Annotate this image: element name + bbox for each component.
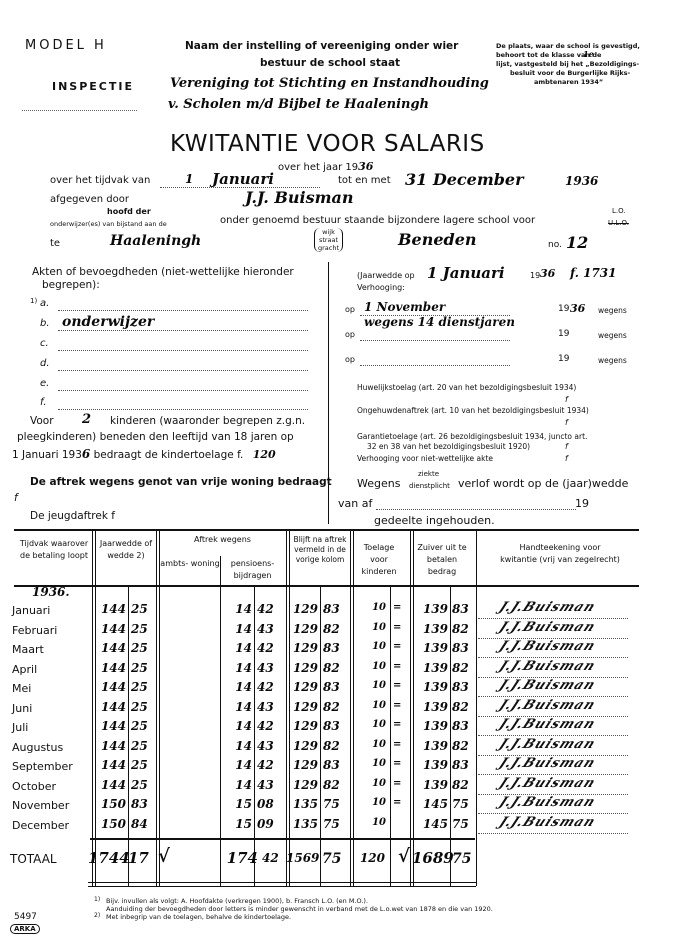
classification-note: De plaats, waar de school is gevestigd, … <box>496 42 664 87</box>
footnote-1-line-2: Aanduiding der bevoegdheden door letters… <box>106 905 493 913</box>
gedeelte-label: gedeelte ingehouden. <box>374 514 495 527</box>
header-tijdvak: Tijdvak waarover de betaling loopt <box>16 538 92 562</box>
row-pensioen: 14 <box>224 739 252 753</box>
row-month: December <box>12 819 69 832</box>
row-wedde: 144 <box>96 700 126 714</box>
row-month: Mei <box>12 682 31 695</box>
signature-line <box>478 801 628 814</box>
document-title: KWITANTIE VOOR SALARIS <box>170 131 485 157</box>
akten-heading-1: Akten of bevoegdheden (niet-wettelijke h… <box>32 266 294 278</box>
row-pensioen: 15 <box>224 797 252 811</box>
row-zuiver: 139 <box>414 778 448 792</box>
row-pensioen-cents: 43 <box>257 700 279 714</box>
column-divider <box>220 556 221 886</box>
raise-date: 1 November <box>364 300 445 314</box>
raise-year-label: 19 <box>558 354 569 364</box>
akte-field <box>58 378 308 391</box>
issuer-name: J.J. Buisman <box>245 188 354 207</box>
totaal-wedde-cents: 17 <box>128 849 150 867</box>
totaal-underline <box>88 882 476 883</box>
row-month: Februari <box>12 624 57 637</box>
row-toelage-cents: = <box>393 719 407 730</box>
row-zuiver: 139 <box>414 622 448 636</box>
raise-wegens-label: wegens <box>598 331 627 340</box>
raise-op-label: op <box>345 355 355 364</box>
row-pensioen: 14 <box>224 778 252 792</box>
row-month: Maart <box>12 643 44 656</box>
row-toelage: 10 <box>356 602 386 613</box>
akten-footnote-mark: 1) <box>30 297 37 305</box>
header-handteekening: Handteekening voor kwitantie (vrij van z… <box>500 542 620 566</box>
row-wedde: 144 <box>96 739 126 753</box>
row-pensioen-cents: 42 <box>257 719 279 733</box>
row-toelage: 10 <box>356 700 386 711</box>
children-line-3-suffix: bedraagt de kindertoelage f. <box>94 449 244 461</box>
totaal-toelage: 120 <box>355 851 385 865</box>
garantietoelage-label-1: Garantietoelage (art. 26 bezoldigingsbes… <box>357 432 587 441</box>
kindertoelage-amount: 120 <box>253 448 276 461</box>
signature-line <box>478 762 628 775</box>
school-type-ulo: U.L.O. <box>608 219 629 227</box>
onderwijzer-label: onderwijzer(es) van bijstand aan de <box>50 220 167 228</box>
jaarwedde-date: 1 Januari <box>427 264 505 282</box>
row-pensioen-cents: 42 <box>257 641 279 655</box>
header-ambtswoning: ambts- woning <box>160 558 220 570</box>
totaal-blijft-cents: 75 <box>322 851 344 867</box>
row-pensioen: 14 <box>224 641 252 655</box>
signature-line <box>478 704 628 717</box>
row-toelage: 10 <box>356 758 386 769</box>
row-zuiver-cents: 82 <box>452 622 474 636</box>
row-toelage: 10 <box>356 622 386 633</box>
school-label: onder genoemd bestuur staande bijzondere… <box>220 215 535 226</box>
akte-letter: c. <box>40 338 49 349</box>
row-wedde-cents: 25 <box>131 602 153 616</box>
model-label: MODEL H <box>25 38 107 53</box>
row-blijft-cents: 82 <box>323 661 345 675</box>
raise-wegens-label: wegens <box>598 306 627 315</box>
children-line-2: pleegkinderen) beneden den leeftijd van … <box>17 431 294 443</box>
row-month: Juni <box>12 702 32 715</box>
year-label: over het jaar 1936 <box>278 160 373 173</box>
row-wedde-cents: 25 <box>131 758 153 772</box>
row-zuiver: 139 <box>414 758 448 772</box>
printer-code: 5497 <box>14 912 37 922</box>
column-divider <box>156 531 160 886</box>
column-divider-cents <box>390 587 391 886</box>
row-zuiver-cents: 82 <box>452 778 474 792</box>
school-type-lo: L.O. <box>612 207 626 215</box>
house-no-label: no. <box>548 240 562 250</box>
footnote-1-line-1: Bijv. invullen als volgt: A. Hoofdakte (… <box>106 897 368 905</box>
row-zuiver-cents: 83 <box>452 758 474 772</box>
totaal-wedde: 1744 <box>88 849 126 867</box>
totaal-underline-2 <box>88 886 476 887</box>
row-blijft: 129 <box>288 641 318 655</box>
verlof-text: verlof wordt op de (jaar)wedde <box>458 477 628 490</box>
row-blijft: 129 <box>288 739 318 753</box>
period-to-year: 1936 <box>565 174 598 188</box>
totaal-check-1: √ <box>158 846 178 867</box>
header-pensioen: pensioens- bijdragen <box>220 558 285 582</box>
row-blijft-cents: 83 <box>323 641 345 655</box>
akte-letter: a. <box>40 298 49 309</box>
period-from-month: Januari <box>212 170 274 188</box>
jaarwedde-year-label: 19 <box>530 271 540 280</box>
row-pensioen: 14 <box>224 758 252 772</box>
row-zuiver: 145 <box>414 817 448 831</box>
row-toelage-cents: = <box>393 641 407 652</box>
row-blijft: 135 <box>288 797 318 811</box>
van-af-field <box>376 497 576 510</box>
header-blijft: Blijft na aftrek vermeld in de vorige ko… <box>290 535 350 565</box>
row-zuiver-cents: 75 <box>452 817 474 831</box>
row-pensioen-cents: 43 <box>257 661 279 675</box>
row-toelage-cents: = <box>393 680 407 691</box>
institution-label-2: bestuur de school staat <box>260 57 400 69</box>
row-pensioen-cents: 42 <box>257 602 279 616</box>
note-line: De plaats, waar de school is gevestigd, <box>496 42 664 51</box>
totaal-zuiver-cents: 75 <box>452 851 474 867</box>
street-type-gracht: gracht <box>318 244 339 252</box>
raise-year-label: 19 <box>558 304 569 314</box>
f-marker: f <box>565 418 568 427</box>
row-zuiver-cents: 83 <box>452 602 474 616</box>
row-wedde-cents: 84 <box>131 817 153 831</box>
row-wedde: 144 <box>96 719 126 733</box>
row-wedde-cents: 83 <box>131 797 153 811</box>
row-wedde-cents: 25 <box>131 739 153 753</box>
row-toelage-cents: = <box>393 797 407 808</box>
institution-name-line-1: Vereniging tot Stichting en Instandhoudi… <box>170 76 489 91</box>
table-year: 1936. <box>32 585 70 599</box>
row-blijft-cents: 82 <box>323 739 345 753</box>
column-divider <box>350 531 354 886</box>
van-af-label: van af <box>338 497 372 510</box>
row-wedde-cents: 25 <box>131 661 153 675</box>
akten-heading-2: begrepen): <box>42 279 100 291</box>
jeugdaftrek-label: De jeugdaftrek f <box>30 510 115 522</box>
row-zuiver: 139 <box>414 661 448 675</box>
row-toelage: 10 <box>356 739 386 750</box>
row-wedde: 144 <box>96 622 126 636</box>
signature-line <box>478 645 628 658</box>
row-wedde-cents: 25 <box>131 680 153 694</box>
street-value: Beneden <box>398 230 477 249</box>
row-wedde: 144 <box>96 641 126 655</box>
row-month: October <box>12 780 56 793</box>
row-month: Augustus <box>12 741 63 754</box>
row-pensioen-cents: 43 <box>257 622 279 636</box>
row-toelage-cents: = <box>393 739 407 750</box>
row-pensioen: 14 <box>224 622 252 636</box>
row-blijft: 129 <box>288 661 318 675</box>
row-wedde-cents: 25 <box>131 778 153 792</box>
row-zuiver-cents: 83 <box>452 641 474 655</box>
header-zuiver: Zuiver uit te betalen bedrag <box>412 542 472 578</box>
street-type-wijk: wijk <box>318 228 339 236</box>
akte-field <box>58 298 308 311</box>
woning-line-1: De aftrek wegens genot van vrije woning … <box>30 476 332 488</box>
te-label: te <box>50 238 60 249</box>
signature-line <box>478 665 628 678</box>
printer-mark: ARKA <box>10 924 40 934</box>
table-header-border <box>14 585 639 587</box>
note-line: besluit voor de Burgerlijke Rijks- <box>496 69 664 78</box>
verhooging-label: Verhooging: <box>357 283 405 292</box>
table-top-border <box>14 529 639 531</box>
footnote-1-mark: 1) <box>94 896 100 903</box>
row-month: April <box>12 663 37 676</box>
row-wedde: 144 <box>96 758 126 772</box>
footnote-2-mark: 2) <box>94 912 100 919</box>
row-blijft-cents: 82 <box>323 700 345 714</box>
row-toelage-cents: = <box>393 661 407 672</box>
row-zuiver-cents: 82 <box>452 700 474 714</box>
akte-field <box>58 397 308 410</box>
signature-line <box>478 821 628 834</box>
row-pensioen-cents: 43 <box>257 778 279 792</box>
row-blijft-cents: 83 <box>323 758 345 772</box>
row-wedde: 144 <box>96 602 126 616</box>
row-zuiver-cents: 82 <box>452 661 474 675</box>
f-marker: f <box>565 454 568 463</box>
children-count: 2 <box>82 412 91 427</box>
institution-name-line-2: v. Scholen m/d Bijbel te Haaleningh <box>168 97 429 112</box>
row-blijft: 129 <box>288 758 318 772</box>
raise-date-field <box>360 330 510 341</box>
huwelijkstoelage-label: Huwelijkstoelag (art. 20 van het bezoldi… <box>357 383 576 392</box>
institution-label-1: Naam der instelling of vereeniging onder… <box>185 40 458 52</box>
verlof-wegens: Wegens <box>357 477 400 490</box>
row-blijft: 129 <box>288 602 318 616</box>
row-pensioen: 14 <box>224 680 252 694</box>
year-value: 36 <box>358 160 373 173</box>
raise-year-label: 19 <box>558 329 569 339</box>
row-blijft: 129 <box>288 700 318 714</box>
row-pensioen: 14 <box>224 602 252 616</box>
jaarwedde-label: (Jaarwedde op <box>357 271 415 280</box>
footnote-2-line: Met inbegrip van de toelagen, behalve de… <box>106 913 291 921</box>
signature-line <box>478 684 628 697</box>
row-pensioen: 15 <box>224 817 252 831</box>
row-zuiver-cents: 83 <box>452 680 474 694</box>
raise-op-label: op <box>345 305 355 314</box>
row-blijft: 129 <box>288 719 318 733</box>
inspectie-dots <box>22 110 137 111</box>
column-divider-cents <box>320 587 321 886</box>
f-marker: f <box>565 395 568 404</box>
row-toelage-cents: = <box>393 700 407 711</box>
row-pensioen-cents: 43 <box>257 739 279 753</box>
period-to-value: 31 December <box>405 170 524 189</box>
row-wedde-cents: 25 <box>131 622 153 636</box>
verlof-dienstplicht: dienstplicht <box>409 482 450 490</box>
verhooging-akte-label: Verhooging voor niet-wettelijke akte <box>357 454 493 463</box>
row-pensioen-cents: 09 <box>257 817 279 831</box>
akte-letter: d. <box>40 358 50 369</box>
inspectie-label: INSPECTIE <box>52 80 134 93</box>
signature-line <box>478 743 628 756</box>
column-divider <box>476 531 477 886</box>
row-month: Januari <box>12 604 50 617</box>
place-value: Haaleningh <box>110 233 201 249</box>
row-wedde: 150 <box>96 817 126 831</box>
totaal-pensioen-cents: 42 <box>262 851 284 865</box>
street-type-bracket: wijk straat gracht <box>314 228 343 252</box>
row-wedde: 144 <box>96 661 126 675</box>
row-zuiver: 139 <box>414 700 448 714</box>
garantietoelage-label-2: 32 en 38 van het bezoldigingsbesluit 192… <box>367 442 530 451</box>
hoofd-label: hoofd der <box>107 207 151 216</box>
row-pensioen: 14 <box>224 661 252 675</box>
ongehuwdenaftrek-label: Ongehuwdenaftrek (art. 10 van het bezold… <box>357 406 589 415</box>
signature-line <box>478 723 628 736</box>
row-zuiver-cents: 83 <box>452 719 474 733</box>
row-blijft: 129 <box>288 778 318 792</box>
row-toelage: 10 <box>356 641 386 652</box>
totaal-pensioen: 174 <box>220 849 258 867</box>
period-from-label: over het tijdvak van <box>50 175 150 186</box>
row-blijft: 129 <box>288 622 318 636</box>
row-toelage: 10 <box>356 661 386 672</box>
row-pensioen-cents: 08 <box>257 797 279 811</box>
row-toelage-cents: = <box>393 778 407 789</box>
row-pensioen-cents: 42 <box>257 680 279 694</box>
row-blijft-cents: 83 <box>323 602 345 616</box>
row-blijft-cents: 75 <box>323 797 345 811</box>
jaarwedde-amount: f. 1731 <box>570 266 617 280</box>
row-zuiver-cents: 75 <box>452 797 474 811</box>
children-date-year: 6 <box>82 447 90 461</box>
totaal-zuiver: 1689 <box>412 849 448 867</box>
row-blijft-cents: 83 <box>323 680 345 694</box>
row-zuiver: 139 <box>414 739 448 753</box>
children-line-1: kinderen (waaronder begrepen z.g.n. <box>110 415 305 427</box>
van-af-year: 19 <box>575 497 589 510</box>
row-wedde: 144 <box>96 680 126 694</box>
akte-field <box>58 358 308 371</box>
table-bottom-border-rows <box>90 838 475 840</box>
f-marker: f <box>565 442 568 451</box>
row-toelage: 10 <box>356 719 386 730</box>
row-zuiver: 139 <box>414 641 448 655</box>
totaal-label: TOTAAL <box>10 852 57 866</box>
row-wedde-cents: 25 <box>131 641 153 655</box>
raise-date-field <box>360 355 510 366</box>
row-wedde: 150 <box>96 797 126 811</box>
children-date-prefix: 1 Januari 193 <box>12 449 82 461</box>
akte-letter: f. <box>40 397 47 408</box>
street-type-straat: straat <box>318 236 339 244</box>
row-month: Juli <box>12 721 28 734</box>
header-jaarwedde: Jaarwedde of wedde 2) <box>96 538 156 562</box>
note-class-value: 1e <box>583 49 594 59</box>
raise-wegens-label: wegens <box>598 356 627 365</box>
raise-year: 36 <box>570 302 585 315</box>
header-aftrek: Aftrek wegens <box>160 534 285 546</box>
row-zuiver-cents: 82 <box>452 739 474 753</box>
year-label-text: over het jaar 19 <box>278 162 358 173</box>
column-divider-cents <box>254 587 255 886</box>
row-blijft-cents: 83 <box>323 719 345 733</box>
raise-op-label: op <box>345 330 355 339</box>
akte-value: onderwijzer <box>62 314 154 330</box>
row-toelage: 10 <box>356 797 386 808</box>
row-zuiver: 139 <box>414 680 448 694</box>
jaarwedde-year: 36 <box>540 267 555 280</box>
row-wedde: 144 <box>96 778 126 792</box>
row-blijft-cents: 82 <box>323 778 345 792</box>
akte-field <box>58 338 308 351</box>
column-divider-cents <box>450 587 451 886</box>
row-toelage-cents: = <box>393 602 407 613</box>
column-divider-cents <box>128 587 129 886</box>
row-blijft-cents: 75 <box>323 817 345 831</box>
row-blijft: 135 <box>288 817 318 831</box>
row-zuiver: 145 <box>414 797 448 811</box>
note-line: behoort tot de klasse van de <box>496 51 664 60</box>
header-toelage: Toelage voor kinderen <box>354 542 404 578</box>
row-toelage: 10 <box>356 680 386 691</box>
row-wedde-cents: 25 <box>131 719 153 733</box>
signature-line <box>478 606 628 619</box>
row-pensioen: 14 <box>224 700 252 714</box>
row-wedde-cents: 25 <box>131 700 153 714</box>
row-toelage: 10 <box>356 817 386 828</box>
row-pensioen: 14 <box>224 719 252 733</box>
woning-line-2: f <box>14 492 18 504</box>
issuer-label: afgegeven door <box>50 194 129 205</box>
row-pensioen-cents: 42 <box>257 758 279 772</box>
row-month: November <box>12 799 69 812</box>
akte-letter: b. <box>40 318 50 329</box>
period-from-day: 1 <box>185 172 193 186</box>
row-zuiver: 139 <box>414 719 448 733</box>
totaal-blijft: 1569 <box>286 851 316 865</box>
house-no-value: 12 <box>566 233 588 252</box>
children-voor-label: Voor <box>30 415 54 427</box>
row-blijft: 129 <box>288 680 318 694</box>
akte-letter: e. <box>40 378 49 389</box>
row-zuiver: 139 <box>414 602 448 616</box>
raise-reason: wegens 14 dienstjaren <box>364 315 515 329</box>
row-toelage-cents: = <box>393 622 407 633</box>
note-line: lijst, vastgesteld bij het „Bezoldigings… <box>496 60 664 69</box>
children-line-3: 1 Januari 1936 bedraagt de kindertoelage… <box>12 447 276 461</box>
signature-line <box>478 782 628 795</box>
period-to-label: tot en met <box>338 175 391 186</box>
note-line: ambtenaren 1934” <box>496 78 664 87</box>
verlof-ziekte: ziekte <box>418 470 439 478</box>
row-month: September <box>12 760 73 773</box>
row-toelage: 10 <box>356 778 386 789</box>
signature-line <box>478 626 628 639</box>
row-toelage-cents: = <box>393 758 407 769</box>
row-blijft-cents: 82 <box>323 622 345 636</box>
